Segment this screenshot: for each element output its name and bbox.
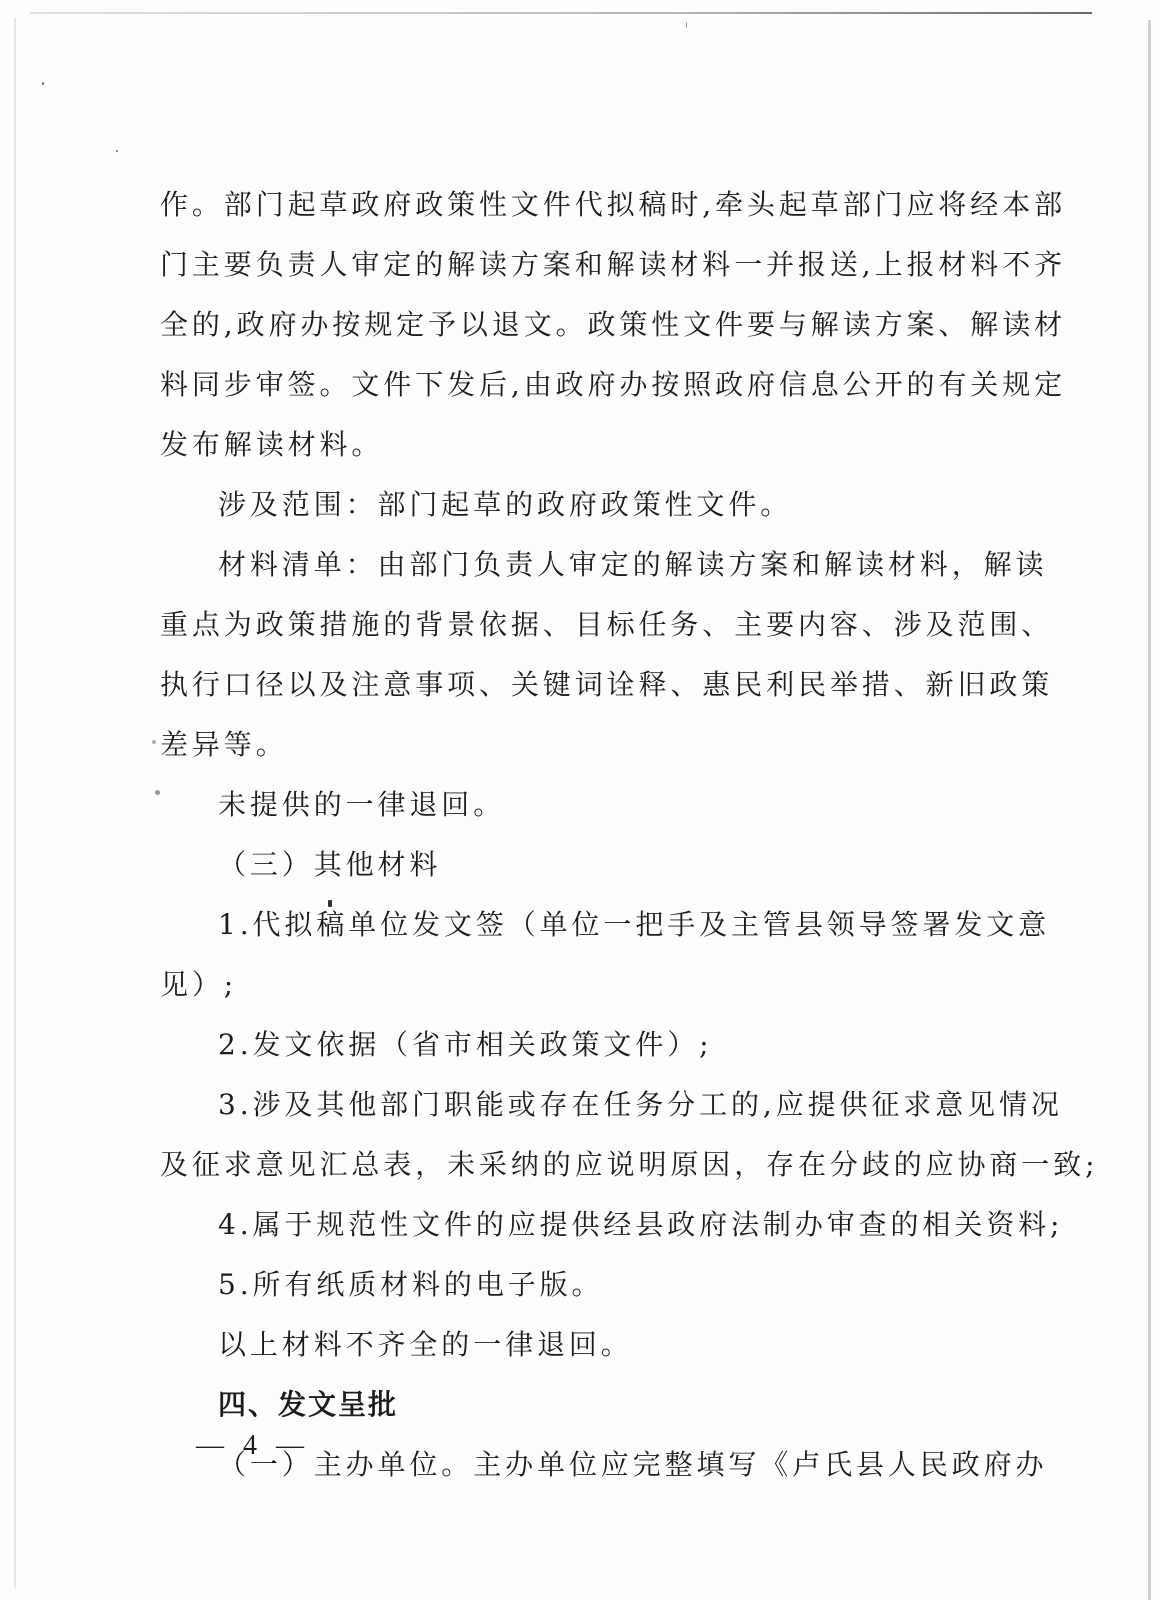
paragraph-line: 全的,政府办按规定予以退文。政策性文件要与解读方案、解读材 [160, 305, 1066, 345]
scan-speck [116, 150, 118, 152]
paragraph-line: 以上材料不齐全的一律退回。 [218, 1325, 633, 1365]
paragraph-line: 料同步审签。文件下发后,由政府办按照政府信息公开的有关规定 [160, 365, 1066, 405]
list-item-1: 1.代拟稿单位发文签（单位一把手及主管县领导签署发文意 [218, 905, 1050, 945]
paragraph-line: 作。部门起草政府政策性文件代拟稿时,牵头起草部门应将经本部 [160, 185, 1066, 225]
scope-line: 涉及范围：部门起草的政府政策性文件。 [218, 485, 792, 525]
scan-speck [686, 22, 687, 28]
list-item-5: 5.所有纸质材料的电子版。 [218, 1265, 603, 1305]
paragraph-line: 门主要负责人审定的解读方案和解读材料一并报送,上报材料不齐 [160, 245, 1066, 285]
scan-speck [328, 900, 332, 907]
list-item-3: 3.涉及其他部门职能或存在任务分工的,应提供征求意见情况 [218, 1085, 1063, 1125]
paragraph-line: 发布解读材料。 [160, 425, 383, 465]
list-item-3-cont: 及征求意见汇总表，未采纳的应说明原因，存在分歧的应协商一致; [160, 1145, 1098, 1185]
section-heading: 四、发文呈批 [218, 1385, 398, 1425]
paragraph-line: 未提供的一律退回。 [218, 785, 505, 825]
list-item-2: 2.发文依据（省市相关政策文件）; [218, 1025, 712, 1065]
section-subheading: （三）其他材料 [218, 845, 441, 885]
scan-page-edge-left [14, 18, 16, 1588]
scan-speck [42, 82, 44, 85]
scan-page-edge-right [1148, 20, 1151, 1600]
paragraph-line: 执行口径以及注意事项、关键词诠释、惠民利民举措、新旧政策 [160, 665, 1053, 705]
scan-page-edge-top [30, 12, 1092, 14]
page-number: — 4 — [196, 1430, 310, 1462]
paragraph-line: （一）主办单位。主办单位应完整填写《卢氏县人民政府办 [218, 1445, 1047, 1485]
list-item-1-cont: 见）; [160, 965, 237, 1005]
scan-speck [155, 790, 160, 795]
paragraph-line: 差异等。 [160, 725, 288, 765]
materials-list-line: 材料清单：由部门负责人审定的解读方案和解读材料，解读 [218, 545, 1047, 585]
scan-speck [152, 740, 156, 744]
list-item-4: 4.属于规范性文件的应提供经县政府法制办审查的相关资料; [218, 1205, 1063, 1245]
paragraph-line: 重点为政策措施的背景依据、目标任务、主要内容、涉及范围、 [160, 605, 1053, 645]
